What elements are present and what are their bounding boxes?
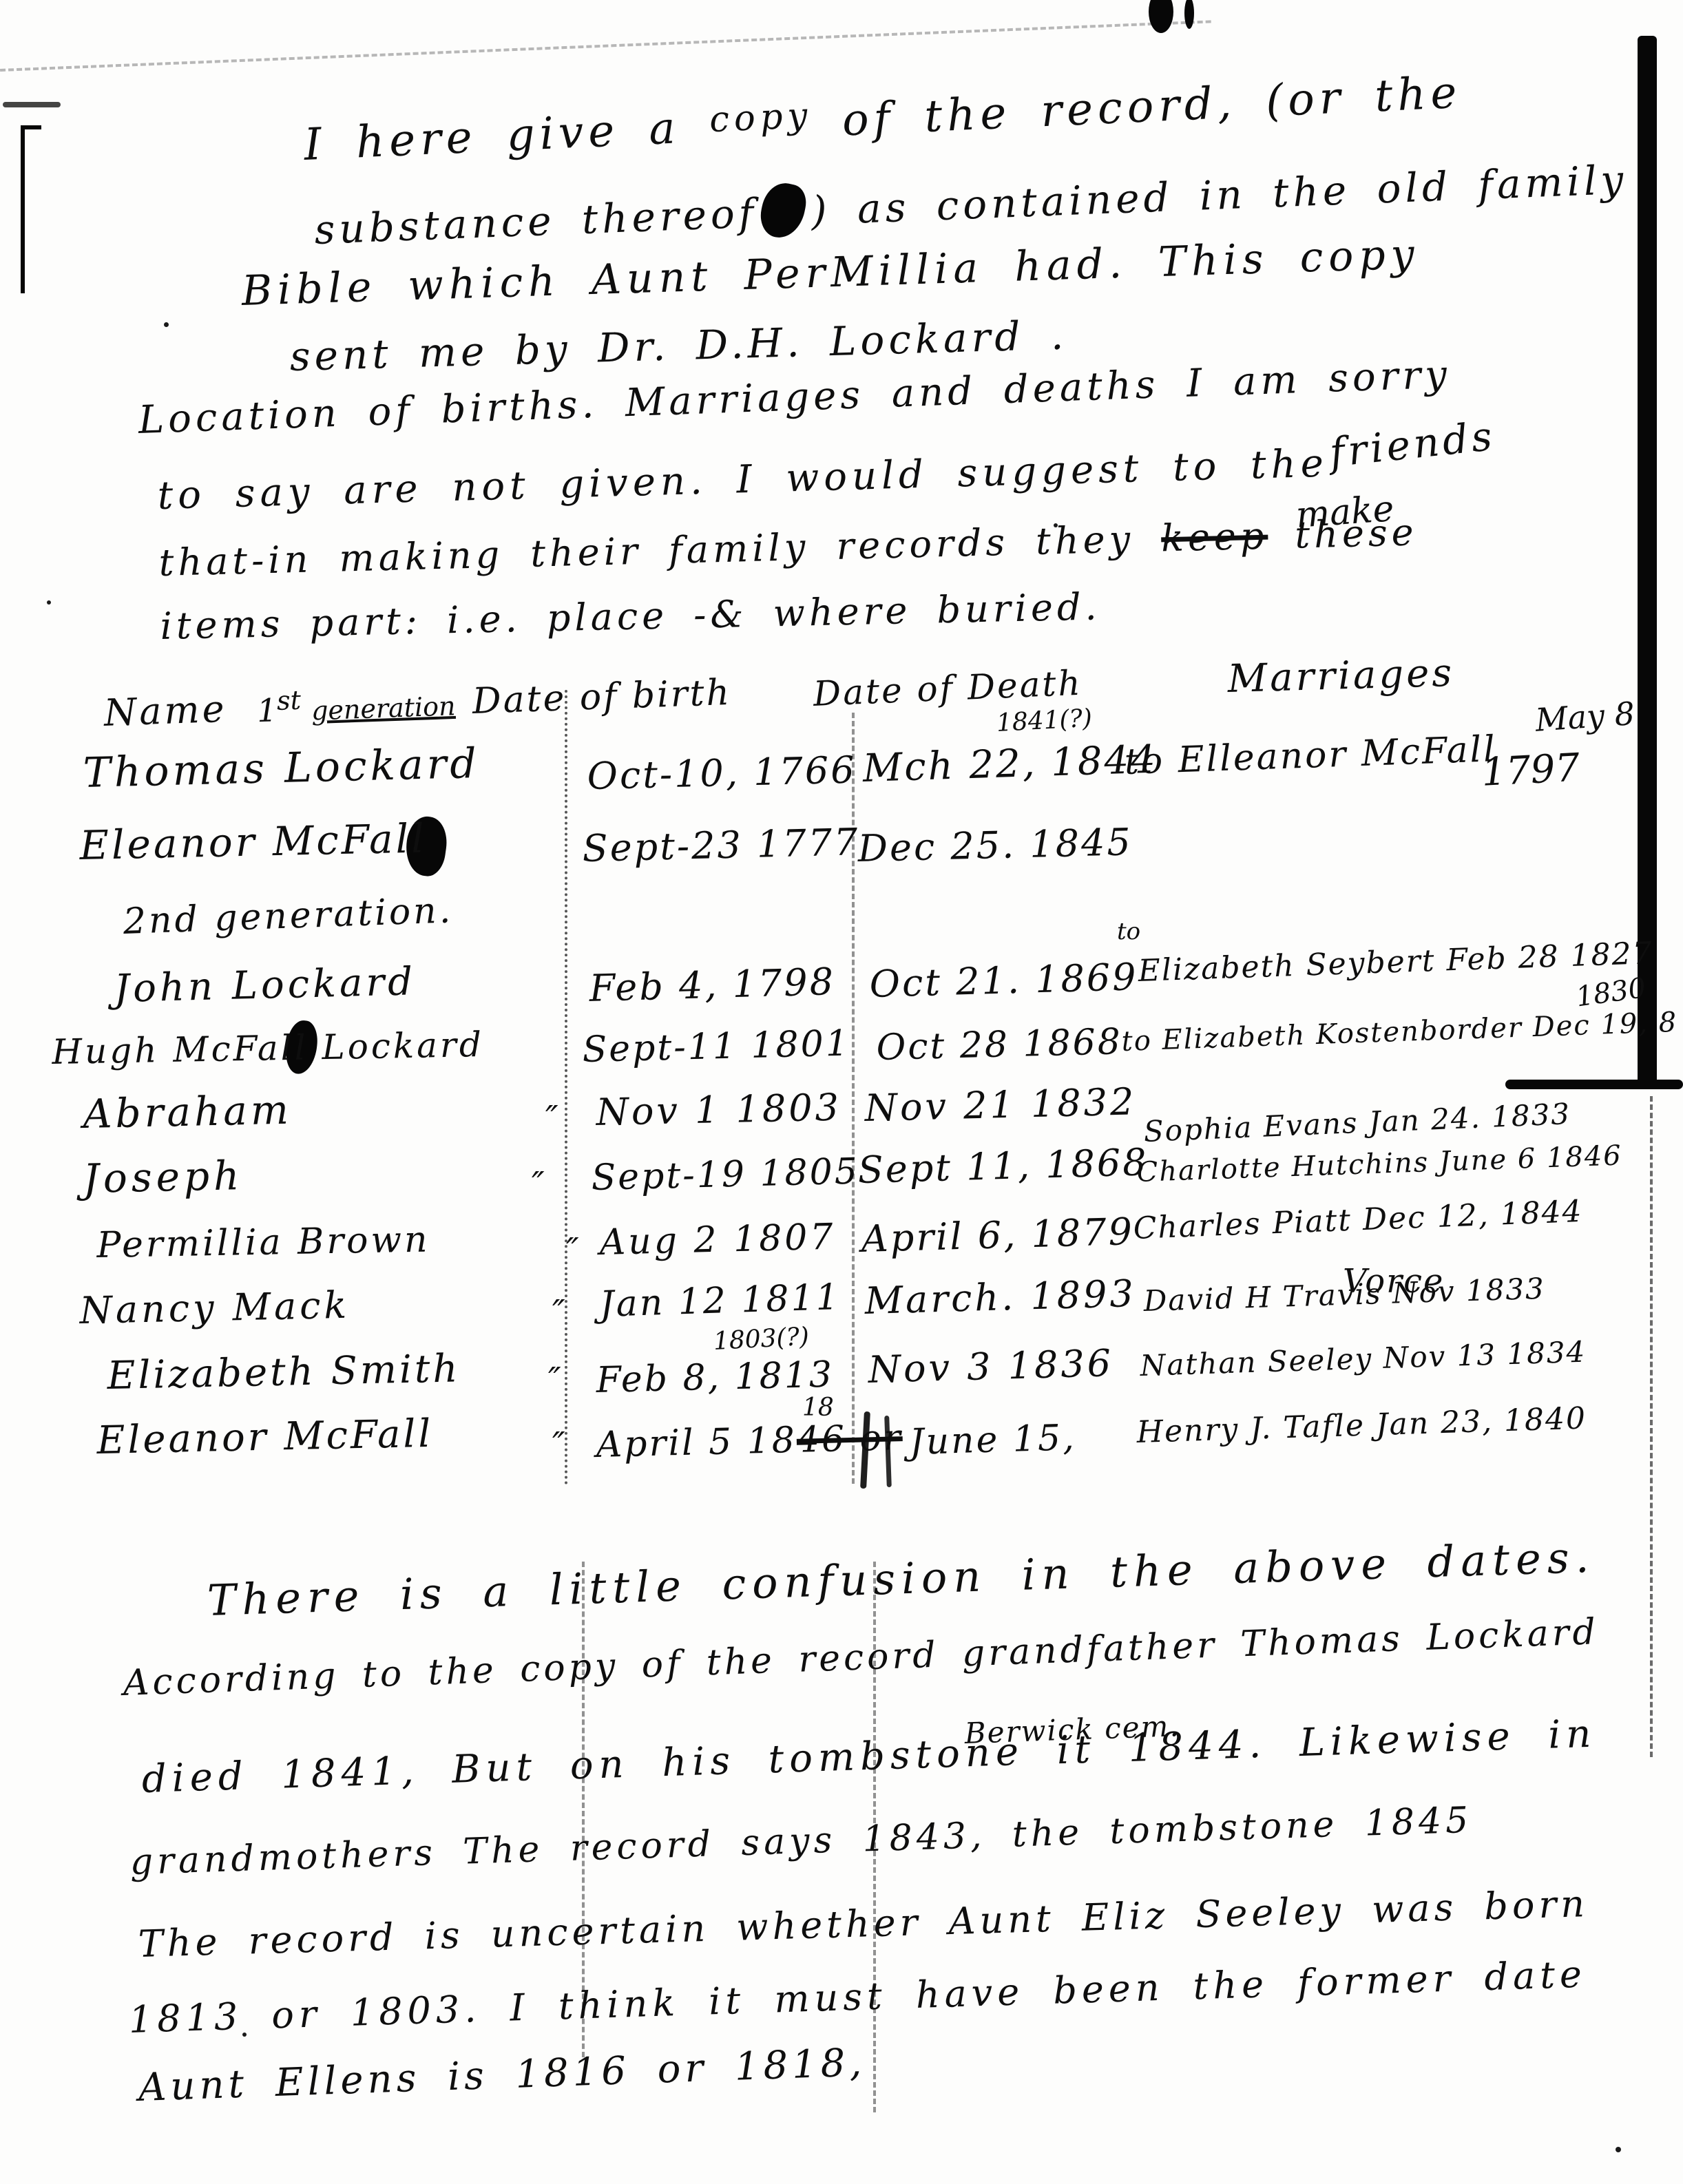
closing-line-7: Aunt Ellens is 1816 or 1818, (138, 2043, 866, 2109)
scan-artifact-top-blob-1 (1149, 0, 1173, 33)
row-birth: Sept-19 1805 (591, 1153, 859, 1197)
intro-line-2-part-a: substance thereof (313, 189, 758, 253)
closing-line-1: There is a little confusion in the above… (207, 1535, 1596, 1623)
row-name: Thomas Lockard (83, 742, 480, 795)
speck (164, 322, 169, 327)
row-name: Eleanor McFall (96, 1414, 434, 1462)
closing-line-2: According to the copy of the record gran… (123, 1613, 1600, 1702)
row-name: Abraham (83, 1089, 292, 1135)
note-line-3-insert-make: make (1295, 490, 1395, 534)
note-line-4: items part: i.e. place -& where buried. (160, 587, 1101, 646)
row-birth: Sept-23 1777 (582, 823, 860, 869)
row-name: Joseph (83, 1155, 244, 1200)
note-line-3-struck-word: keep (1160, 514, 1268, 560)
generation-number: 1 (256, 691, 278, 729)
row-marriage: Nathan Seeley Nov 13 1834 (1140, 1337, 1587, 1381)
row-marriage: Charlotte Hutchins June 6 1846 (1136, 1141, 1622, 1187)
row-death: Oct 28 1868 (876, 1023, 1122, 1067)
scan-artifact-right-thin-line (1650, 1096, 1653, 1757)
row-name: John Lockard (114, 962, 417, 1009)
scan-artifact-top-blob-2 (1184, 0, 1194, 29)
speck (47, 600, 51, 605)
row-birth: April 5 1846 or (596, 1419, 903, 1464)
row-marriage: Sophia Evans Jan 24. 1833 (1143, 1099, 1571, 1147)
row-ditto-mark: ″ (532, 1166, 545, 1203)
intro-line-1: I here give a copy of the record, (or th… (303, 70, 1463, 169)
row-birth: Oct-10, 1766 (587, 750, 857, 796)
row-birth: Nov 1 1803 (596, 1089, 841, 1133)
section-label-2nd-generation: 2nd generation. (123, 892, 454, 941)
table-header-marriages: Marriages (1227, 653, 1455, 700)
row-marriage-superscript: to (1117, 920, 1140, 945)
row-marriage: Charles Piatt Dec 12, 1844 (1133, 1196, 1583, 1245)
row-death: Mch 22, 1844 (862, 740, 1158, 790)
row-name: Permillia Brown (96, 1221, 430, 1265)
scanned-handwritten-genealogy-page: I here give a copy of the record, (or th… (0, 0, 1683, 2184)
intro-line-1-part-c: of the record, (or the (841, 67, 1462, 147)
row-ditto-mark: ″ (566, 1232, 579, 1269)
table-column-separator-1 (565, 690, 567, 1485)
row-name: Nancy Mack (79, 1286, 351, 1331)
speck (1616, 2147, 1621, 2152)
row-death: Nov 3 1836 (868, 1344, 1114, 1390)
scan-artifact-right-bar-cap (1505, 1080, 1683, 1089)
closing-line-5: The record is uncertain whether Aunt Eli… (138, 1884, 1589, 1964)
row-birth: Sept-11 1801 (582, 1025, 850, 1069)
row-marriage: Elizabeth Seybert Feb 28 1827 (1138, 938, 1653, 987)
table-header-death: Date of Death (813, 665, 1083, 713)
row-death-superscript: 1841(?) (996, 706, 1093, 737)
scan-artifact-left-bracket-v (21, 128, 25, 293)
row-death: Sept 11, 1868 (857, 1143, 1149, 1190)
row-marriage: David H Travis Nov 1833 (1143, 1274, 1545, 1316)
row-birth: Aug 2 1807 (599, 1219, 836, 1262)
table-header-generation: 1st generation (256, 682, 456, 728)
closing-line-3: died 1841, But on his tombstone it 1844.… (141, 1714, 1597, 1800)
row-marriage: Henry J. Tafle Jan 23, 1840 (1136, 1403, 1587, 1449)
row-death: Nov 21 1832 (864, 1082, 1137, 1128)
row-death: Oct 21. 1869 (869, 958, 1138, 1005)
row-name: Eleanor McFall (79, 817, 427, 866)
row-ditto-mark: ″ (545, 1100, 558, 1137)
row-birth-pre: April 5 18 (596, 1420, 797, 1466)
row-birth: Feb 8, 1813 (596, 1356, 835, 1400)
generation-word: generation (311, 691, 456, 726)
row-marriage: to Elleanor McFall (1124, 731, 1498, 781)
note-line-2: to say are not given. I would suggest to… (157, 444, 1329, 517)
row-birth-superscript: 18 (802, 1395, 834, 1421)
row-death: June 15, (909, 1419, 1076, 1461)
row-ditto-mark: ″ (552, 1427, 565, 1463)
fold-crease-left (582, 1562, 585, 2057)
row-death: Dec 25. 1845 (857, 823, 1133, 868)
intro-line-4: sent me by Dr. D.H. Lockard . (289, 314, 1068, 377)
scan-artifact-left-bracket-h (21, 125, 41, 129)
intro-line-2: substance thereof) as contained in the o… (313, 151, 1629, 256)
row-birth-struck: 46 or (796, 1417, 903, 1461)
row-birth-superscript: 1803(?) (713, 1324, 810, 1355)
note-line-3: that-in making their family records they… (158, 513, 1418, 582)
ink-blot-insertion (756, 179, 809, 242)
row-birth: Feb 4, 1798 (589, 963, 836, 1009)
row-death: March. 1893 (864, 1274, 1137, 1321)
scan-artifact-topleft-dash (3, 102, 61, 107)
row-ditto-mark: ″ (552, 1294, 565, 1331)
closing-line-4: grandmothers The record says 1843, the t… (129, 1802, 1473, 1882)
row-birth: Jan 12 1811 (599, 1279, 841, 1324)
note-line-2-insert-friends: friends (1328, 415, 1497, 474)
intro-line-1-part-b: copy (709, 94, 813, 140)
scan-artifact-top-diagonal-line (0, 20, 1211, 72)
row-marriage-year: 1797 (1481, 748, 1580, 794)
row-name: Elizabeth Smith (107, 1349, 461, 1397)
table-header-name: Name (103, 690, 227, 733)
scan-artifact-right-bar (1638, 36, 1657, 1088)
row-death: April 6, 1879 (861, 1212, 1135, 1259)
intro-line-1-part-a: I here give a (303, 103, 681, 171)
closing-line-6: 1813 or 1803. I think it must have been … (128, 1955, 1587, 2039)
generation-ordinal: st (276, 685, 302, 717)
row-marriage: to Elizabeth Kostenborder Dec 19, 8 (1121, 1008, 1678, 1056)
row-marriage-superscript: 1830 (1574, 974, 1648, 1012)
note-line-3-part-a: that-in making their family records they (158, 517, 1135, 585)
row-name: Hugh McFall Lockard (52, 1027, 484, 1070)
row-ditto-mark: ″ (548, 1362, 561, 1398)
intro-line-2-part-b: ) as contained in the old family (811, 156, 1629, 234)
table-header-birth: Date of birth (472, 674, 732, 721)
row-marriage-date-top: May 8 (1534, 697, 1635, 737)
